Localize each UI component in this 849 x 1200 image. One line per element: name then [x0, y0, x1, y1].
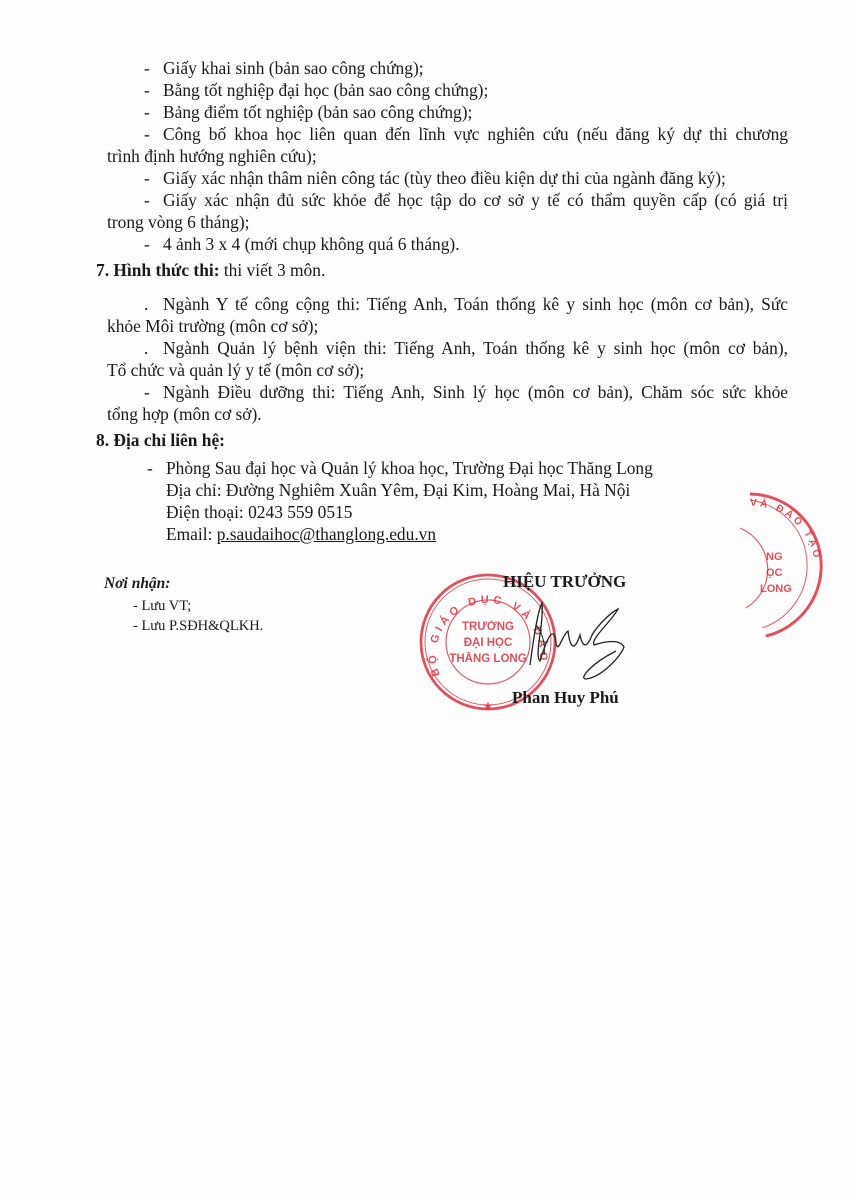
section-heading: 7. Hình thức thi: thi viết 3 môn. [96, 259, 325, 281]
stamp-line: TRƯỜNG [462, 620, 514, 633]
list-item: - Giấy xác nhận thâm niên công tác (tùy … [163, 167, 726, 189]
list-item: . Ngành Quản lý bệnh viện thi: Tiếng Anh… [163, 337, 788, 359]
stamp-line: THĂNG LONG [449, 652, 526, 665]
contact-address: Địa chỉ: Đường Nghiêm Xuân Yêm, Đại Kim,… [166, 479, 630, 501]
stamp-line: ĐẠI HỌC [464, 637, 513, 649]
list-item: - Giấy khai sinh (bản sao công chứng); [163, 57, 424, 79]
email-link[interactable]: p.saudaihoc@thanglong.edu.vn [217, 524, 436, 544]
edge-stamp-line: NG [766, 551, 783, 563]
signatory-name: Phan Huy Phú [512, 687, 619, 709]
document-page: - Giấy khai sinh (bản sao công chứng); -… [0, 0, 849, 1200]
list-item-continuation: Tổ chức và quản lý y tế (môn cơ sở); [107, 359, 364, 381]
list-item-continuation: khỏe Môi trường (môn cơ sở); [107, 315, 318, 337]
list-item: - Bảng điểm tốt nghiệp (bản sao công chứ… [163, 101, 472, 123]
section-heading: 8. Địa chỉ liên hệ: [96, 429, 225, 451]
list-item: - 4 ảnh 3 x 4 (mới chụp không quá 6 thán… [163, 233, 460, 255]
star-icon: ★ [483, 699, 494, 713]
recipient-item: - Lưu P.SĐH&QLKH. [133, 615, 263, 637]
recipient-item: - Lưu VT; [133, 595, 191, 617]
list-item: - Giấy xác nhận đủ sức khỏe để học tập d… [163, 189, 788, 211]
recipients-heading: Nơi nhận: [104, 573, 170, 595]
edge-stamp-line: LONG [760, 583, 792, 595]
contact-email: Email: p.saudaihoc@thanglong.edu.vn [166, 523, 436, 545]
list-item-continuation: trình định hướng nghiên cứu); [107, 145, 317, 167]
contact-phone: Điện thoại: 0243 559 0515 [166, 501, 352, 523]
list-item: . Ngành Y tế công cộng thi: Tiếng Anh, T… [163, 293, 788, 315]
signatory-title: HIỆU TRƯỞNG [503, 571, 626, 593]
signature-scribble [520, 595, 635, 690]
edge-stamp: VÀ ĐÀO TẠO NG ỌC LONG [740, 488, 849, 648]
edge-stamp-line: ỌC [766, 567, 783, 579]
list-item: - Ngành Điều dưỡng thi: Tiếng Anh, Sinh … [163, 381, 788, 403]
list-item: - Bằng tốt nghiệp đại học (bản sao công … [163, 79, 488, 101]
list-item-continuation: trong vòng 6 tháng); [107, 211, 250, 233]
contact-office: - Phòng Sau đại học và Quản lý khoa học,… [166, 457, 653, 479]
list-item: - Công bố khoa học liên quan đến lĩnh vự… [163, 123, 788, 145]
list-item-continuation: tổng hợp (môn cơ sở). [107, 403, 262, 425]
